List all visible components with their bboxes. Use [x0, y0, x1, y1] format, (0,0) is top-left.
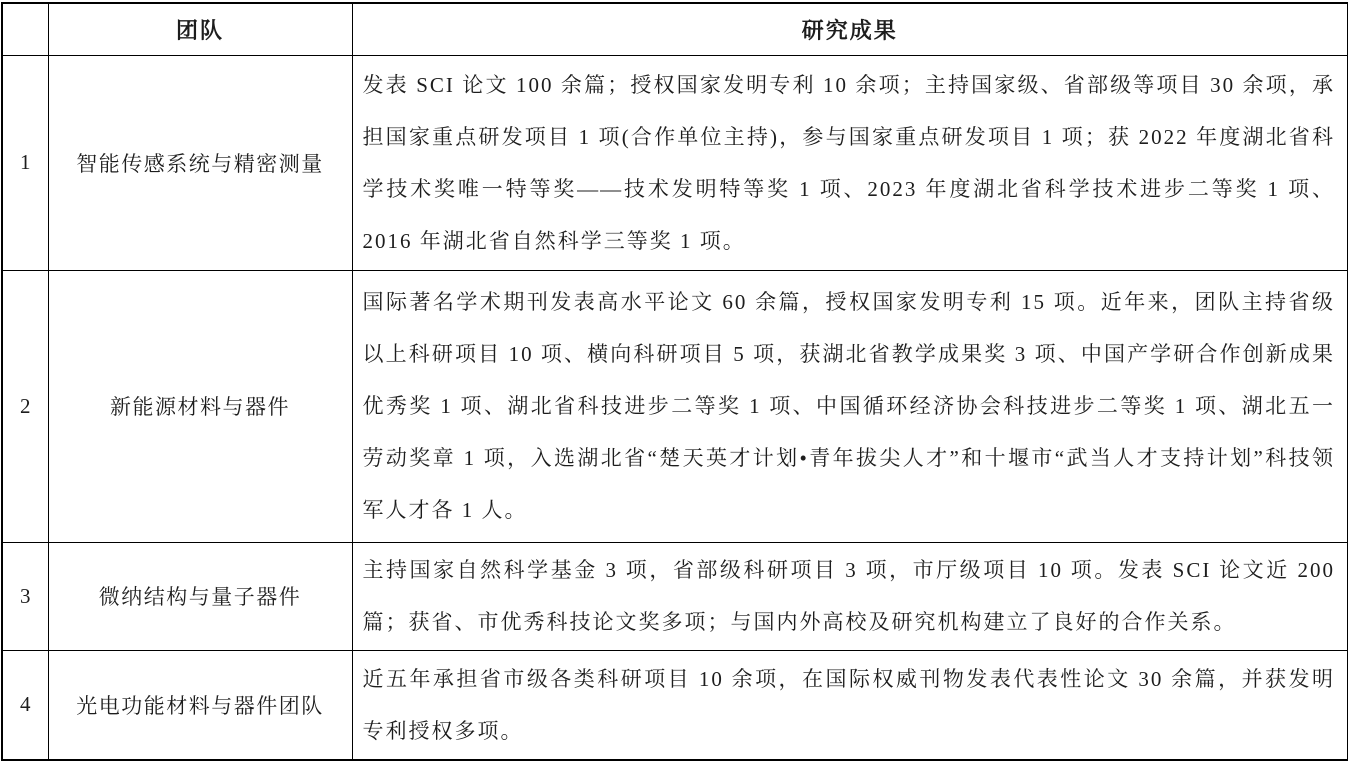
table-row: 1 智能传感系统与精密测量 发表 SCI 论文 100 余篇；授权国家发明专利 … — [2, 55, 1348, 270]
team-name: 微纳结构与量子器件 — [48, 542, 352, 650]
row-index: 4 — [2, 650, 48, 760]
header-team: 团队 — [48, 3, 352, 55]
header-achievements: 研究成果 — [352, 3, 1348, 55]
table-row: 3 微纳结构与量子器件 主持国家自然科学基金 3 项，省部级科研项目 3 项，市… — [2, 542, 1348, 650]
achievements-text: 近五年承担省市级各类科研项目 10 余项，在国际权威刊物发表代表性论文 30 余… — [352, 650, 1348, 760]
achievements-text: 发表 SCI 论文 100 余篇；授权国家发明专利 10 余项；主持国家级、省部… — [352, 55, 1348, 270]
achievements-text: 主持国家自然科学基金 3 项，省部级科研项目 3 项，市厅级项目 10 项。发表… — [352, 542, 1348, 650]
row-index: 1 — [2, 55, 48, 270]
document-page: 团队 研究成果 1 智能传感系统与精密测量 发表 SCI 论文 100 余篇；授… — [0, 0, 1348, 767]
row-index: 2 — [2, 270, 48, 542]
team-name: 光电功能材料与器件团队 — [48, 650, 352, 760]
research-teams-table: 团队 研究成果 1 智能传感系统与精密测量 发表 SCI 论文 100 余篇；授… — [1, 2, 1348, 761]
table-row: 2 新能源材料与器件 国际著名学术期刊发表高水平论文 60 余篇，授权国家发明专… — [2, 270, 1348, 542]
table-header-row: 团队 研究成果 — [2, 3, 1348, 55]
table-row: 4 光电功能材料与器件团队 近五年承担省市级各类科研项目 10 余项，在国际权威… — [2, 650, 1348, 760]
team-name: 新能源材料与器件 — [48, 270, 352, 542]
team-name: 智能传感系统与精密测量 — [48, 55, 352, 270]
header-index-cell — [2, 3, 48, 55]
row-index: 3 — [2, 542, 48, 650]
achievements-text: 国际著名学术期刊发表高水平论文 60 余篇，授权国家发明专利 15 项。近年来，… — [352, 270, 1348, 542]
